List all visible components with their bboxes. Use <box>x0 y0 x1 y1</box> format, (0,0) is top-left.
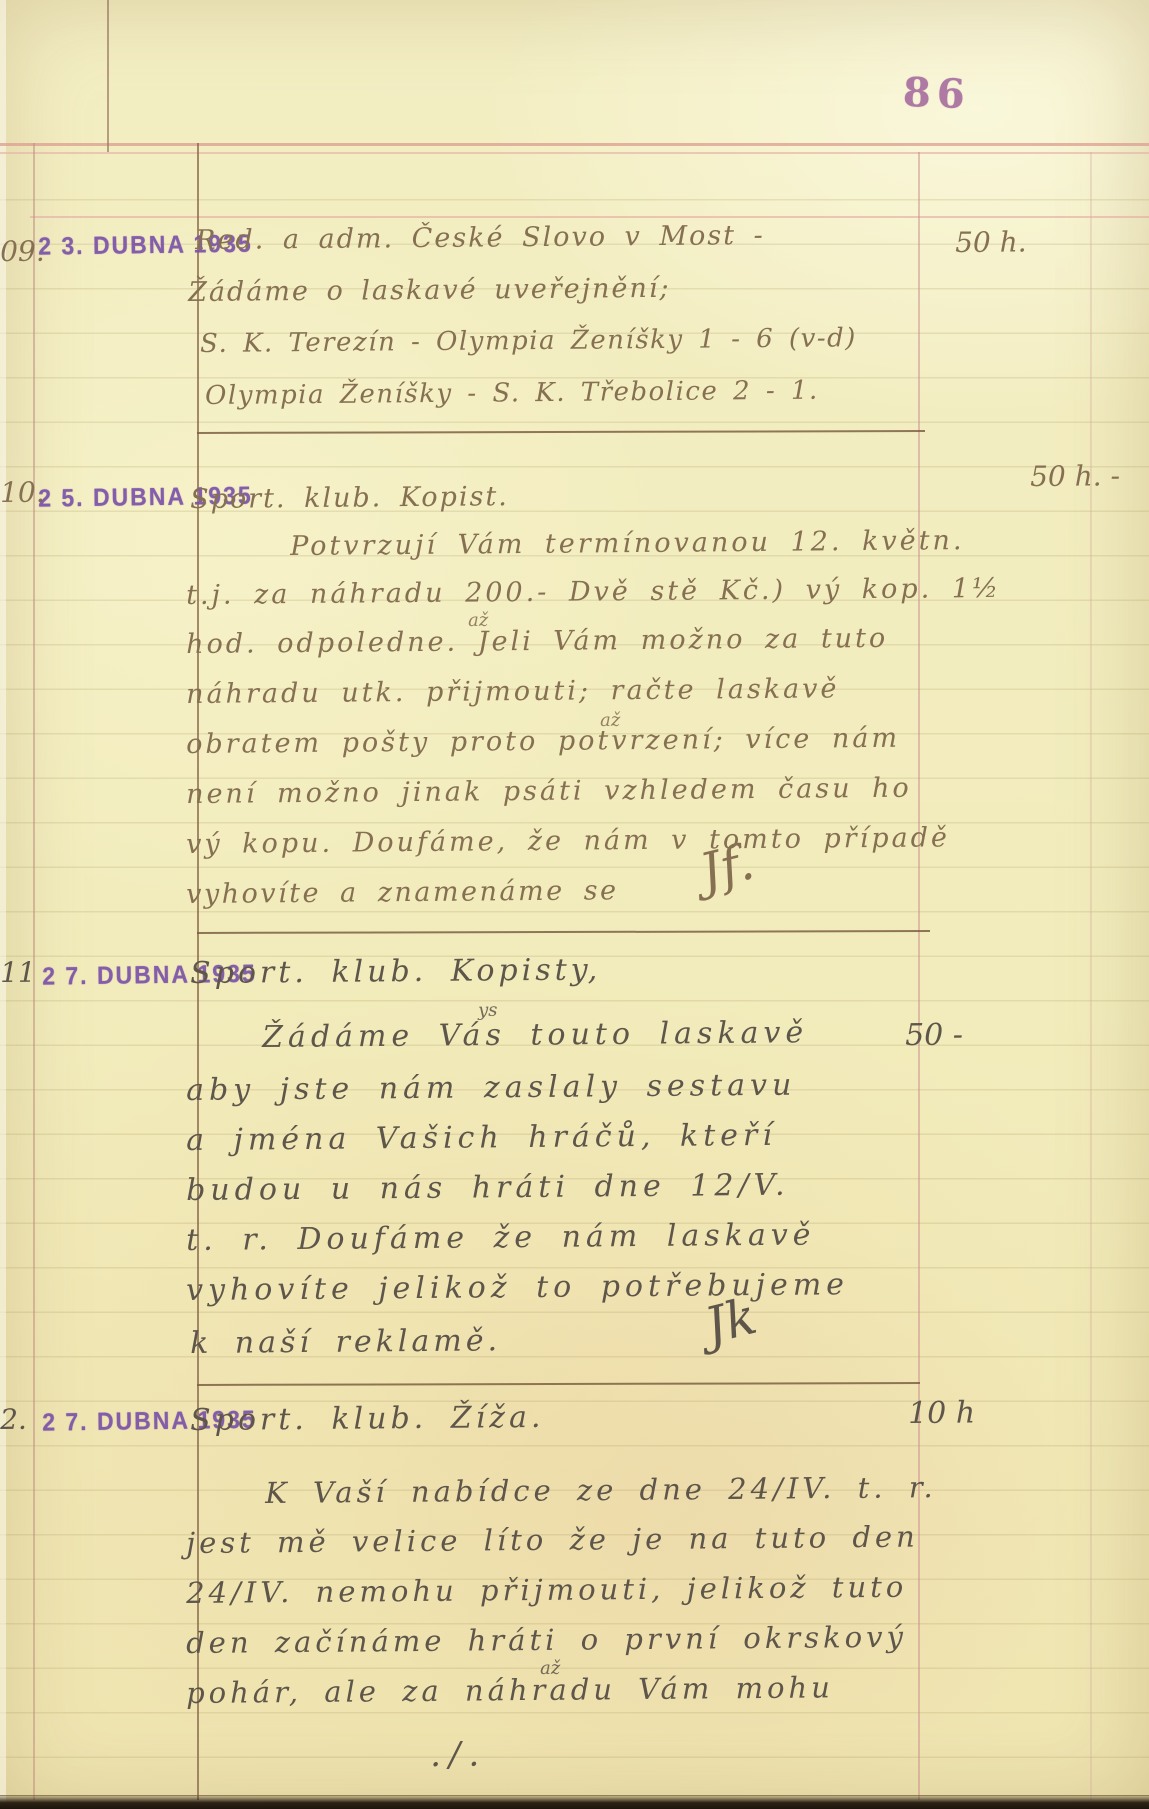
handwritten-line: Žádáme o laskavé uveřejnění; <box>188 275 671 308</box>
header-rule-pink-bottom <box>0 152 1149 154</box>
handwritten-line: vyhovíte a znamenáme se <box>186 877 619 909</box>
amount: 50 - <box>905 1019 963 1051</box>
handwritten-line: Sport. klub. Kopist. <box>190 483 509 514</box>
handwritten-line: 24/IV. nemohu přijmouti, jelikož tuto <box>186 1572 907 1609</box>
handwritten-line: Olympia Ženíšky - S. K. Třebolice 2 - 1. <box>205 378 819 411</box>
handwritten-line: Sport. klub. Žíža. <box>190 1402 545 1437</box>
handwritten-line: Red. a adm. České Slovo v Most - <box>195 222 765 255</box>
margin-number: 11 <box>0 958 36 988</box>
handwritten-line: Sport. klub. Kopisty, <box>190 954 601 989</box>
insertion-mark: až <box>600 712 620 731</box>
handwritten-line: není možno jinak psáti vzhledem času ho <box>186 775 912 810</box>
handwritten-line: obratem pošty proto potvrzení; více nám <box>186 725 900 760</box>
handwritten-line: budou u nás hráti dne 12/V. <box>186 1170 790 1207</box>
insertion-mark: až <box>468 612 488 631</box>
handwritten-line: S. K. Terezín - Olympia Ženíšky 1 - 6 (v… <box>200 325 857 358</box>
handwritten-line: k naší reklamě. <box>190 1325 501 1359</box>
insertion-mark: až <box>540 1660 560 1679</box>
margin-number: 2. <box>0 1405 27 1435</box>
amount: 50 h. <box>955 227 1027 257</box>
handwritten-line: pohár, ale za náhradu Vám mohu <box>186 1672 834 1708</box>
handwritten-line: K Vaší nabídce ze dne 24/IV. t. r. <box>265 1472 937 1508</box>
handwritten-line: Potvrzují Vám termínovanou 12. květn. <box>290 527 965 561</box>
handwritten-line: náhradu utk. přijmouti; račte laskavě <box>186 675 840 709</box>
handwritten-line: a jména Vašich hráčů, kteří <box>186 1120 777 1157</box>
handwritten-line: hod. odpoledne. Jeli Vám možno za tuto <box>186 625 888 659</box>
handwritten-line: Žádáme Vás touto laskavě <box>262 1017 808 1053</box>
amount: 50 h. - <box>1030 461 1120 491</box>
insertion-mark: ys <box>478 1002 498 1021</box>
handwritten-line: jest mě velice líto že je na tuto den <box>186 1522 919 1559</box>
header-rule-pink-top <box>0 143 1149 146</box>
scan-edge-bottom <box>0 1795 1149 1809</box>
scan-edge-left <box>0 0 6 1809</box>
ledger-page: 86 09. 2 3. DUBNA 1935 50 h. Red. a adm.… <box>0 0 1149 1809</box>
handwritten-line: vý kopu. Doufáme, že nám v tomto případě <box>186 824 950 859</box>
column-rule-top-segment <box>107 0 109 152</box>
handwritten-line: aby jste nám zaslaly sestavu <box>186 1070 796 1107</box>
column-rule-pink-faint <box>1090 152 1092 1800</box>
page-number-stamp: 86 <box>902 69 971 118</box>
handwritten-line: den začínáme hráti o první okrskový <box>186 1622 907 1659</box>
end-mark: ./. <box>430 1738 487 1774</box>
amount: 10 h <box>908 1397 975 1429</box>
handwritten-line: t. r. Doufáme že nám laskavě <box>186 1220 816 1257</box>
